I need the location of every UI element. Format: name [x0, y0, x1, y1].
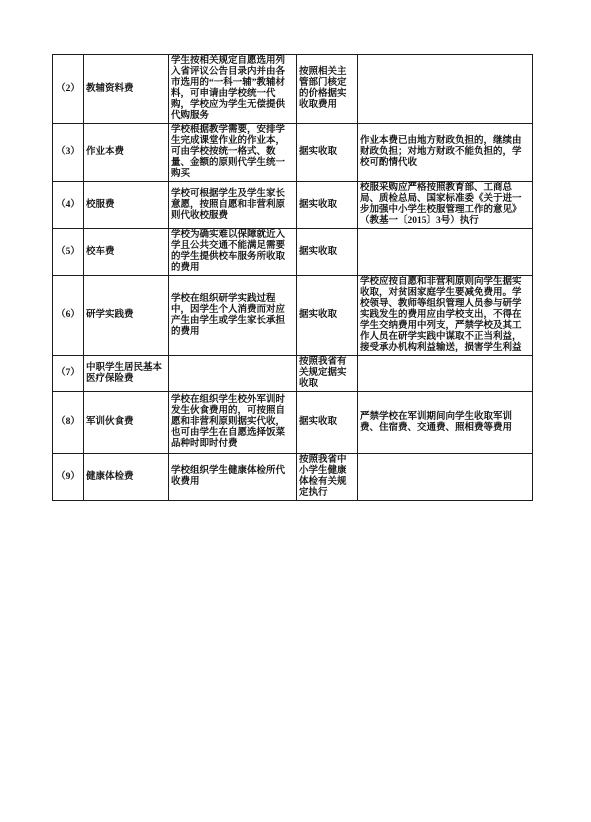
cell-item-number: （9）	[53, 454, 84, 501]
table-row: （9） 健康体检费 学校组织学生健康体检所代收费用 按照我省中小学生健康体检有关…	[53, 454, 533, 501]
cell-remark: 校服采购应严格按照教育部、工商总局、质检总局、国家标准委《关于进一步加强中小学生…	[358, 182, 533, 229]
cell-item-number: （3）	[53, 124, 84, 182]
cell-fee-name: 校车费	[84, 229, 169, 276]
table-row: （5） 校车费 学校为确实难以保障就近入学且公共交通不能满足需要的学生提供校车服…	[53, 229, 533, 276]
cell-fee-name: 军训伙食费	[84, 392, 169, 454]
cell-remark: 作业本费已由地方财政负担的，继续由财政负担；对地方财政不能负担的，学校可酌情代收	[358, 124, 533, 182]
cell-item-number: （8）	[53, 392, 84, 454]
cell-item-number: （7）	[53, 356, 84, 392]
document-page: （2） 教辅资料费 学生按相关规定自愿选用列入省评议公告目录内并由各市选用的“一…	[0, 0, 591, 822]
cell-fee-name: 教辅资料费	[84, 55, 169, 124]
cell-fee-description: 学校可根据学生及学生家长意愿，按照自愿和非营利原则代收校服费	[169, 182, 297, 229]
cell-charge-method: 据实收取	[297, 392, 358, 454]
cell-fee-description: 学校组织学生健康体检所代收费用	[169, 454, 297, 501]
fee-table: （2） 教辅资料费 学生按相关规定自愿选用列入省评议公告目录内并由各市选用的“一…	[52, 54, 533, 501]
cell-fee-description: 学校在组织研学实践过程中，因学生个人消费而对应产生由学生或学生家长承担的费用	[169, 276, 297, 356]
cell-charge-method: 据实收取	[297, 229, 358, 276]
cell-remark: 严禁学校在军训期间向学生收取军训费、住宿费、交通费、照相费等费用	[358, 392, 533, 454]
cell-remark	[358, 454, 533, 501]
cell-fee-name: 中职学生居民基本医疗保险费	[84, 356, 169, 392]
table-row: （4） 校服费 学校可根据学生及学生家长意愿，按照自愿和非营利原则代收校服费 据…	[53, 182, 533, 229]
cell-remark	[358, 55, 533, 124]
cell-item-number: （6）	[53, 276, 84, 356]
cell-charge-method: 按照我省中小学生健康体检有关规定执行	[297, 454, 358, 501]
table-row: （7） 中职学生居民基本医疗保险费 按照我省有关规定据实收取	[53, 356, 533, 392]
table-row: （2） 教辅资料费 学生按相关规定自愿选用列入省评议公告目录内并由各市选用的“一…	[53, 55, 533, 124]
table-row: （8） 军训伙食费 学校在组织学生校外军训时发生伙食费用的，可按照自愿和非营利原…	[53, 392, 533, 454]
cell-fee-description: 学校在组织学生校外军训时发生伙食费用的，可按照自愿和非营利原则据实代收，也可由学…	[169, 392, 297, 454]
cell-charge-method: 据实收取	[297, 124, 358, 182]
cell-fee-name: 校服费	[84, 182, 169, 229]
cell-charge-method: 据实收取	[297, 276, 358, 356]
cell-item-number: （2）	[53, 55, 84, 124]
cell-remark	[358, 229, 533, 276]
cell-fee-description	[169, 356, 297, 392]
cell-fee-description: 学生按相关规定自愿选用列入省评议公告目录内并由各市选用的“一科一辅”教辅材料，可…	[169, 55, 297, 124]
cell-fee-name: 健康体检费	[84, 454, 169, 501]
cell-fee-name: 研学实践费	[84, 276, 169, 356]
cell-fee-description: 学校为确实难以保障就近入学且公共交通不能满足需要的学生提供校车服务所收取的费用	[169, 229, 297, 276]
table-row: （6） 研学实践费 学校在组织研学实践过程中，因学生个人消费而对应产生由学生或学…	[53, 276, 533, 356]
table-row: （3） 作业本费 学校根据教学需要，安排学生完成课堂作业的作业本，可由学校按统一…	[53, 124, 533, 182]
cell-remark	[358, 356, 533, 392]
cell-item-number: （5）	[53, 229, 84, 276]
cell-fee-description: 学校根据教学需要，安排学生完成课堂作业的作业本，可由学校按统一格式、数量、金额的…	[169, 124, 297, 182]
cell-item-number: （4）	[53, 182, 84, 229]
cell-charge-method: 按照我省有关规定据实收取	[297, 356, 358, 392]
cell-remark: 学校应按自愿和非营利原则向学生据实收取，对贫困家庭学生要减免费用。学校领导、教师…	[358, 276, 533, 356]
cell-fee-name: 作业本费	[84, 124, 169, 182]
cell-charge-method: 据实收取	[297, 182, 358, 229]
cell-charge-method: 按照相关主管部门核定的价格据实收取费用	[297, 55, 358, 124]
